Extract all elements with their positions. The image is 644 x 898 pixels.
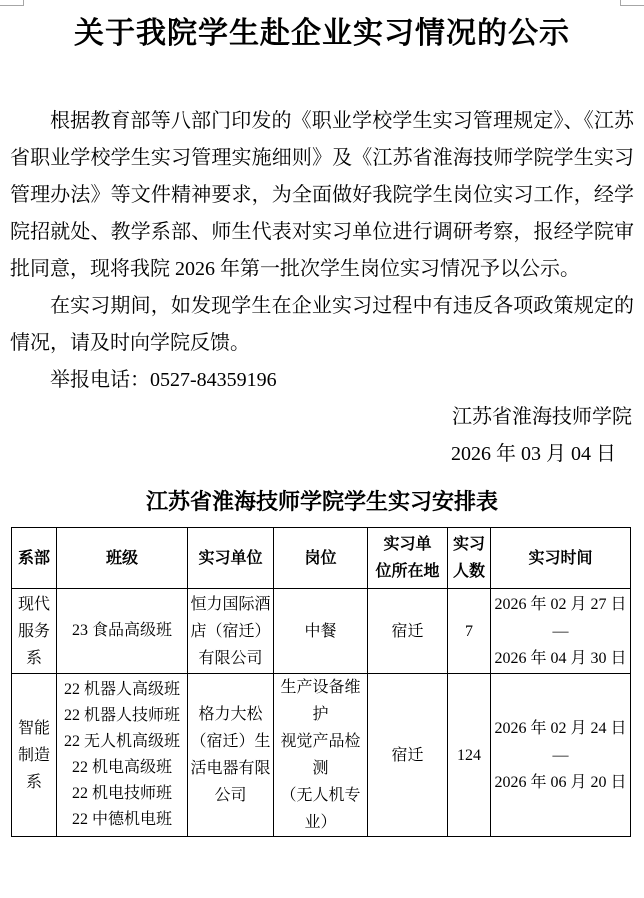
cell-position: 中餐 xyxy=(274,589,368,674)
column-header-class: 班级 xyxy=(57,528,188,589)
cell-location: 宿迁 xyxy=(368,589,448,674)
column-header-position: 岗位 xyxy=(274,528,368,589)
cell-count: 7 xyxy=(448,589,491,674)
page-margin-mark-left xyxy=(0,0,24,6)
document-page: { "doc": { "title": "关于我院学生赴企业实习情况的公示", … xyxy=(0,0,644,898)
cell-period: 2026 年 02 月 24 日 — 2026 年 06 月 20 日 xyxy=(491,674,631,837)
page-title: 关于我院学生赴企业实习情况的公示 xyxy=(0,14,644,54)
table-title: 江苏省淮海技师学院学生实习安排表 xyxy=(0,487,644,517)
cell-company: 恒力国际酒店（宿迁）有限公司 xyxy=(188,589,274,674)
cell-department: 智能制造系 xyxy=(12,674,57,837)
signature: 江苏省淮海技师学院 xyxy=(10,399,634,436)
table-row: 现代服务系 23 食品高级班 恒力国际酒店（宿迁）有限公司 中餐 宿迁 7 20… xyxy=(12,589,631,674)
document-date: 2026 年 03 月 04 日 xyxy=(10,436,634,473)
report-phone: 举报电话：0527-84359196 xyxy=(10,362,634,399)
column-header-count: 实习 人数 xyxy=(448,528,491,589)
internship-schedule-table: 系部 班级 实习单位 岗位 实习单 位所在地 实习 人数 实习时间 现代服务系 … xyxy=(11,527,631,837)
table-row: 智能制造系 22 机器人高级班 22 机器人技师班 22 无人机高级班 22 机… xyxy=(12,674,631,837)
cell-position: 生产设备维护 视觉产品检测 （无人机专业） xyxy=(274,674,368,837)
column-header-company: 实习单位 xyxy=(188,528,274,589)
cell-company: 格力大松（宿迁）生活电器有限公司 xyxy=(188,674,274,837)
column-header-location: 实习单 位所在地 xyxy=(368,528,448,589)
paragraph-basis: 根据教育部等八部门印发的《职业学校学生实习管理规定》、《江苏省职业学校学生实习管… xyxy=(10,103,634,288)
column-header-period: 实习时间 xyxy=(491,528,631,589)
page-margin-mark-right xyxy=(620,0,644,6)
cell-classes: 22 机器人高级班 22 机器人技师班 22 无人机高级班 22 机电高级班 2… xyxy=(57,674,188,837)
paragraph-feedback: 在实习期间，如发现学生在企业实习过程中有违反各项政策规定的情况，请及时向学院反馈… xyxy=(10,288,634,362)
table-header-row: 系部 班级 实习单位 岗位 实习单 位所在地 实习 人数 实习时间 xyxy=(12,528,631,589)
document-body: 根据教育部等八部门印发的《职业学校学生实习管理规定》、《江苏省职业学校学生实习管… xyxy=(10,103,634,473)
cell-department: 现代服务系 xyxy=(12,589,57,674)
cell-location: 宿迁 xyxy=(368,674,448,837)
cell-count: 124 xyxy=(448,674,491,837)
cell-classes: 23 食品高级班 xyxy=(57,589,188,674)
cell-period: 2026 年 02 月 27 日 — 2026 年 04 月 30 日 xyxy=(491,589,631,674)
column-header-department: 系部 xyxy=(12,528,57,589)
